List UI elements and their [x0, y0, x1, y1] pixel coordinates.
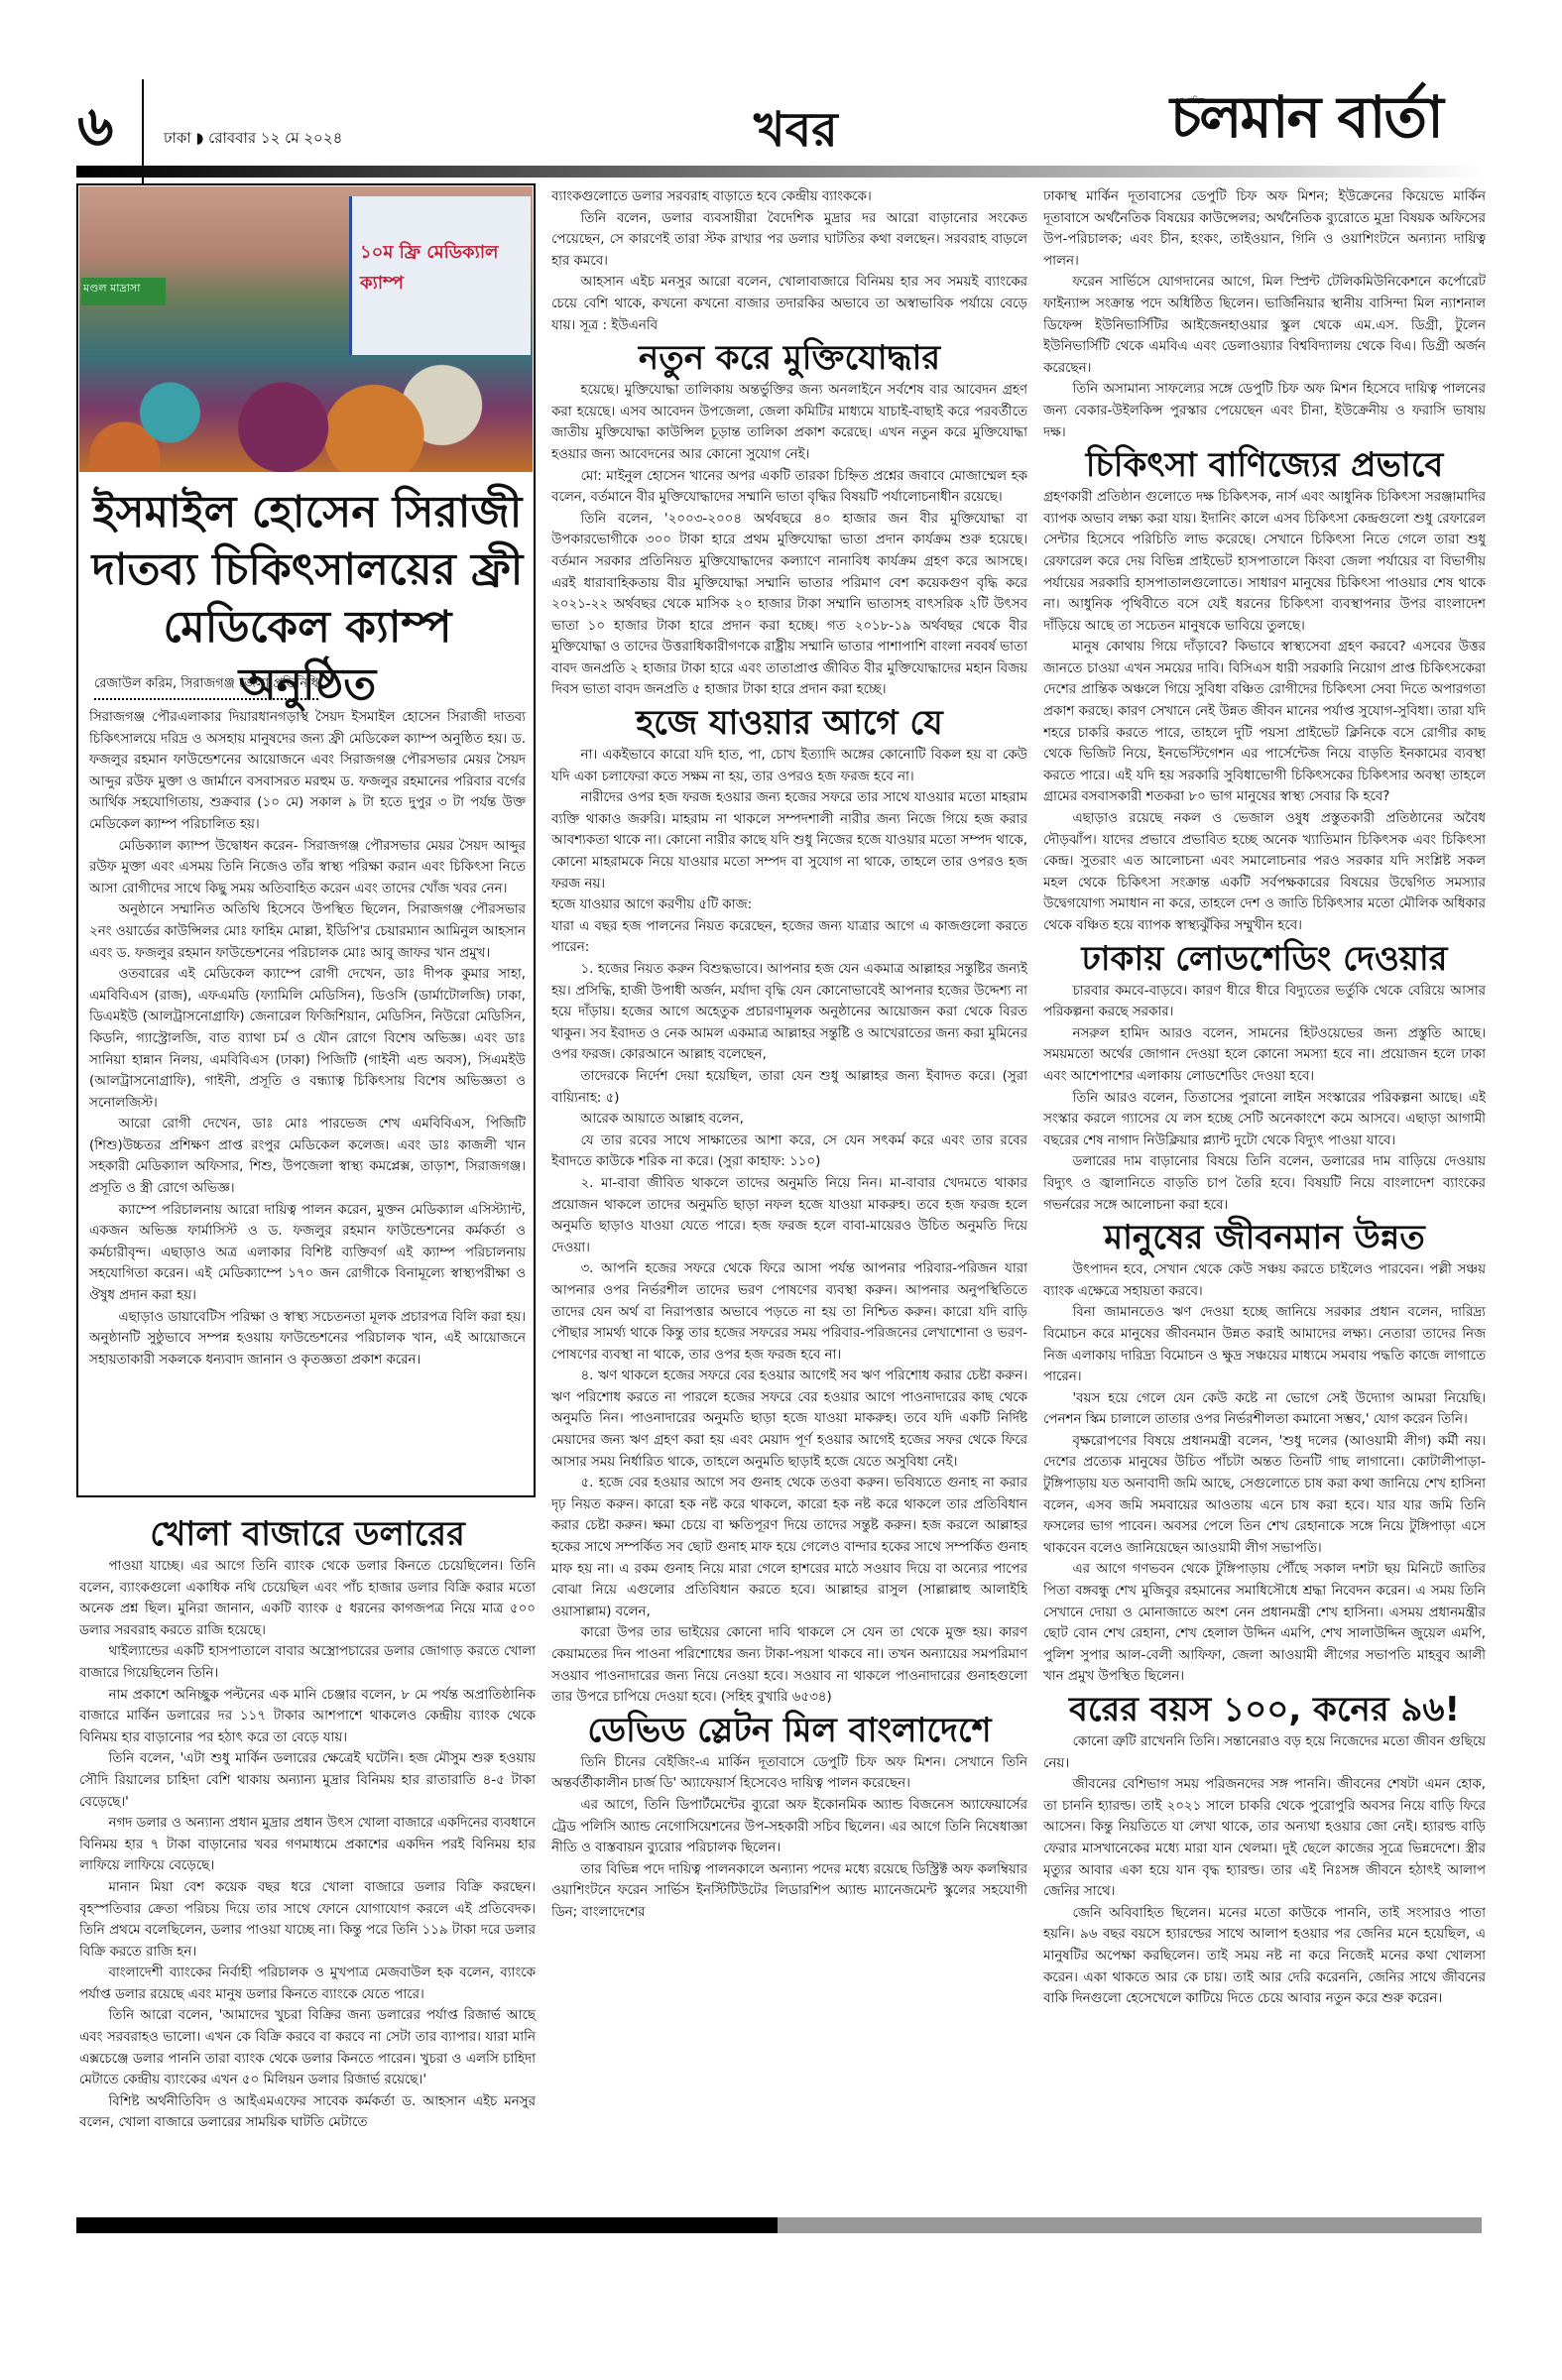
paragraph: ২. মা-বাবা জীবিত থাকলে তাদের অনুমতি নিয়…	[551, 1173, 1027, 1258]
paragraph: তিনি আরো বলেন, 'আমাদের খুচরা বিক্রির জন্…	[79, 2005, 536, 2090]
masthead-title: চলমান বার্তা	[1170, 77, 1488, 157]
paragraph: ব্যাংকগুলোতে ডলার সরবরাহ বাড়াতে হবে কেন…	[551, 186, 1027, 208]
paragraph: হজে যাওয়ার আগে করণীয় ৫টি কাজ:	[551, 894, 1027, 916]
paragraph: এছাড়াও রয়েছে নকল ও ভেজাল ওষুধ প্রস্তুত…	[1043, 808, 1486, 937]
living-standard-headline: মানুষের জীবনমান উন্নত	[1043, 1216, 1486, 1259]
lead-story-body: সিরাজগঞ্জ পৌরএলাকার দিয়ারধানগড়াস্থ সৈয…	[89, 707, 526, 1370]
paragraph: এছাড়াও ডায়াবেটিস পরিক্ষা ও স্বাস্থ্য স…	[89, 1307, 526, 1371]
paragraph: ১. হজের নিয়ত করুন বিশুদ্ধভাবে। আপনার হজ…	[551, 959, 1027, 1066]
paragraph: নাম প্রকাশে অনিচ্ছুক পল্টনের এক মানি চেঞ…	[79, 1685, 536, 1749]
freedom-fighter-headline: নতুন করে মুক্তিযোদ্ধার	[551, 336, 1027, 380]
footer-bar-left	[76, 2217, 778, 2233]
paragraph: মানুষ কোথায় গিয়ে দাঁড়াবে? কিভাবে স্বা…	[1043, 637, 1486, 808]
masthead-tagline: সাপ্তাহিক	[1176, 95, 1205, 108]
paragraph: চারবার কমবে-বাড়বে। কারণ ধীরে ধীরে বিদ্য…	[1043, 981, 1486, 1023]
paragraph: মানান মিয়া বেশ কয়েক বছর ধরে খোলা বাজার…	[79, 1877, 536, 1963]
column-2: ব্যাংকগুলোতে ডলার সরবরাহ বাড়াতে হবে কেন…	[551, 186, 1027, 2209]
paragraph: ৩. আপনি হজের সফরে থেকে ফিরে আসা পর্যন্ত …	[551, 1258, 1027, 1366]
paragraph: ক্যাম্পে পরিচালনায় আরো দায়িত্ব পালন কর…	[89, 1200, 526, 1307]
medical-trade-headline: চিকিৎসা বাণিজ্যের প্রভাবে	[1043, 443, 1486, 487]
paragraph: এর আগে, তিনি ডিপার্টমেন্টের ব্যুরো অফ ইক…	[551, 1795, 1027, 1859]
groom-age-headline: বরের বয়স ১০০, কনের ৯৬!	[1043, 1688, 1486, 1731]
paragraph: অনুষ্ঠানে সম্মানিত অতিথি হিসেবে উপস্থিত …	[89, 899, 526, 964]
paragraph: তাদেরকে নির্দেশ দেয়া হয়েছিল, তারা যেন …	[551, 1066, 1027, 1109]
paragraph: ৪. ঋণ থাকলে হজের সফরে বের হওয়ার আগেই সব…	[551, 1366, 1027, 1473]
paragraph: পাওয়া যাচ্ছে। এর আগে তিনি ব্যাংক থেকে ড…	[79, 1556, 536, 1641]
paragraph: যারা এ বছর হজ পালনের নিয়ত করেছেন, হজের …	[551, 916, 1027, 959]
paragraph: যে তার রবের সাথে সাক্ষাতের আশা করে, সে য…	[551, 1130, 1027, 1173]
column-3: ঢাকাস্থ মার্কিন দূতাবাসের ডেপুটি চিফ অফ …	[1043, 186, 1486, 2209]
paragraph: আরো রোগী দেখেন, ডাঃ মোঃ পারভেজ শেখ এমবিব…	[89, 1114, 526, 1199]
lead-story-photo: মণ্ডল মাদ্রাসা ১০ম ফ্রি মেডিক্যাল ক্যাম্…	[79, 186, 533, 472]
dollar-headline: খোলা বাজারে ডলারের	[79, 1512, 536, 1556]
paragraph: ওতবারের এই মেডিকেল ক্যাম্পে রোগী দেখেন, …	[89, 964, 526, 1114]
paragraph: নারীদের ওপর হজ ফরজ হওয়ার জন্য হজের সফরে…	[551, 787, 1027, 894]
paragraph: কারো উপর তার ভাইয়ের কোনো দাবি থাকলে সে …	[551, 1622, 1027, 1708]
paragraph: বাংলাদেশী ব্যাংকের নির্বাহী পরিচালক ও মু…	[79, 1963, 536, 2005]
photo-madrasa-sign: মণ্ডল মাদ্রাসা	[81, 278, 166, 305]
footer-bar-right	[778, 2217, 1482, 2233]
paragraph: তিনি অসামান্য সাফল্যের সঙ্গে ডেপুটি চিফ …	[1043, 379, 1486, 443]
paragraph: ফরেন সার্ভিসে যোগদানের আগে, মিল স্প্রিন্…	[1043, 272, 1486, 379]
paragraph: ডলারের দাম বাড়ানোর বিষয়ে তিনি বলেন, ডল…	[1043, 1151, 1486, 1216]
masthead-logo: সাপ্তাহিক চলমান বার্তা	[1170, 77, 1488, 157]
paragraph: গ্রহণকারী প্রতিষ্ঠান গুলোতে দক্ষ চিকিৎসক…	[1043, 487, 1486, 637]
paragraph: ঢাকাস্থ মার্কিন দূতাবাসের ডেপুটি চিফ অফ …	[1043, 186, 1486, 272]
paragraph: মেডিক্যাল ক্যাম্প উদ্বোধন করেন- সিরাজগঞ্…	[89, 836, 526, 900]
paragraph: ৫. হজে বের হওয়ার আগে সব গুনাহ থেকে তওবা…	[551, 1473, 1027, 1622]
hajj-headline: হজে যাওয়ার আগে যে	[551, 701, 1027, 745]
paragraph: তিনি চীনের বেইজিং-এ মার্কিন দূতাবাসে ডেপ…	[551, 1752, 1027, 1795]
paragraph: তিনি বলেন, 'এটা শুধু মার্কিন ডলারের ক্ষে…	[79, 1748, 536, 1813]
paragraph: বিনা জামানতেও ঋণ দেওয়া হচ্ছে জানিয়ে সর…	[1043, 1302, 1486, 1387]
paragraph: বিশিষ্ট অর্থনীতিবিদ ও আইএমএফের সাবেক কর্…	[79, 2091, 536, 2134]
paragraph: 'বয়স হয়ে গেলে যেন কেউ কষ্টে না ভোগে সে…	[1043, 1388, 1486, 1431]
paragraph: আহসান এইচ মনসুর আরো বলেন, খোলাবাজারে বিন…	[551, 272, 1027, 336]
header-gradient-bar	[76, 166, 1485, 178]
paragraph: আরেক আয়াতে আল্লাহ বলেন,	[551, 1109, 1027, 1130]
paragraph: মো: মাইনুল হোসেন খানের অপর একটি তারকা চি…	[551, 466, 1027, 509]
paragraph: তিনি বলেন, '২০০৩-২০০৪ অর্থবছরে ৪০ হাজার …	[551, 509, 1027, 701]
page-number: ৬	[77, 99, 113, 155]
byline: রেজাউল করিম, সিরাজগঞ্জ জেলা প্রতিনিধি	[94, 674, 318, 700]
paragraph: বৃক্ষরোপণের বিষয়ে প্রধানমন্ত্রী বলেন, '…	[1043, 1431, 1486, 1560]
paragraph: তিনি আরও বলেন, তিতাসের পুরানো লাইন সংস্ক…	[1043, 1088, 1486, 1152]
paragraph: জীবনের বেশিভাগ সময় পরিজনদের সঙ্গ পাননি।…	[1043, 1774, 1486, 1903]
paragraph: তিনি বলেন, ডলার ব্যবসায়ীরা বৈদেশিক মুদ্…	[551, 208, 1027, 273]
dateline: ঢাকা ◗ রোববার ১২ মে ২০২৪	[164, 127, 342, 152]
paragraph: এর আগে গণভবন থেকে টুঙ্গিপাড়ায় পৌঁছে সক…	[1043, 1559, 1486, 1688]
photo-crowd	[79, 323, 533, 472]
loadshedding-headline: ঢাকায় লোডশেডিং দেওয়ার	[1043, 937, 1486, 981]
paragraph: নগদ ডলার ও অন্যান্য প্রধান মুদ্রার প্রধা…	[79, 1813, 536, 1877]
paragraph: না। একইভাবে কারো যদি হাত, পা, চোখ ইত্যাদ…	[551, 745, 1027, 787]
section-title: খবর	[754, 94, 838, 173]
david-mill-headline: ডেভিড স্লেটন মিল বাংলাদেশে	[551, 1709, 1027, 1752]
paragraph: থাইল্যান্ডের একটি হাসপাতালে বাবার অস্ত্র…	[79, 1641, 536, 1684]
paragraph: উৎপাদন হবে, সেখান থেকে কেউ সঞ্চয় করতে চ…	[1043, 1259, 1486, 1302]
paragraph: জেনি অবিবাহিত ছিলেন। মনের মতো কাউকে পানন…	[1043, 1903, 1486, 2010]
paragraph: তার বিভিন্ন পদে দায়িত্ব পালনকালে অন্যান…	[551, 1859, 1027, 1924]
dollar-story: খোলা বাজারে ডলারের পাওয়া যাচ্ছে। এর আগে…	[79, 1512, 536, 2134]
paragraph: নসরুল হামিদ আরও বলেন, সামনের হিটওয়েভের …	[1043, 1023, 1486, 1088]
paragraph: সিরাজগঞ্জ পৌরএলাকার দিয়ারধানগড়াস্থ সৈয…	[89, 707, 526, 836]
paragraph: কোনো ত্রুটি রাখেননি তিনি। সন্তানেরাও বড়…	[1043, 1731, 1486, 1774]
paragraph: হয়েছে। মুক্তিযোদ্ধা তালিকায় অন্তর্ভুক্…	[551, 380, 1027, 465]
